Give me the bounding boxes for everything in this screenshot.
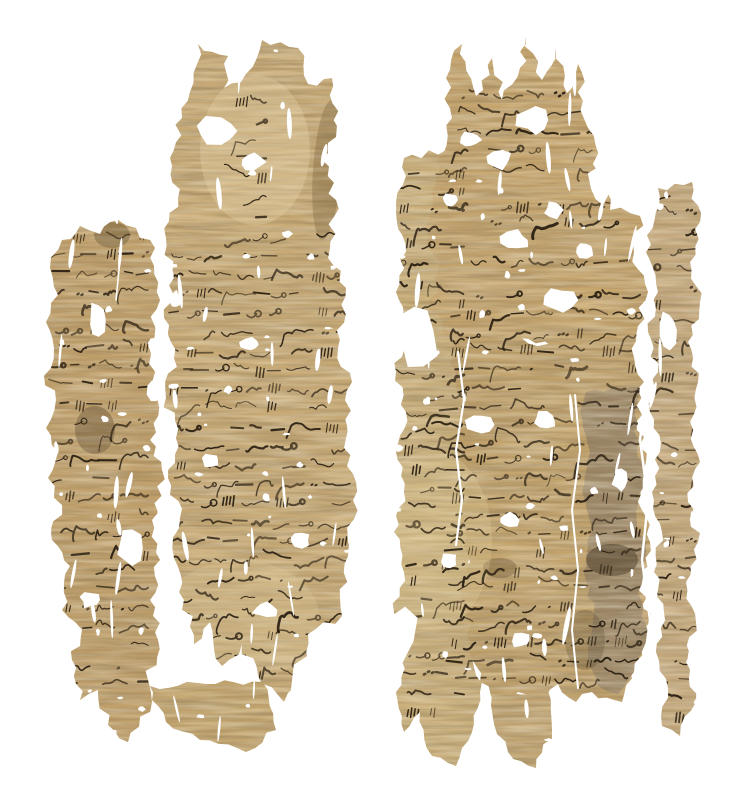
hole: [355, 468, 389, 535]
stain: [348, 228, 392, 332]
texture-layer: [0, 0, 741, 800]
stain: [160, 560, 320, 680]
hole: [441, 554, 456, 569]
stain: [372, 450, 492, 630]
texture-tex-light: [0, 0, 741, 800]
papyrus-photo: [0, 0, 741, 800]
papyrus-svg: [0, 0, 741, 800]
stain: [75, 406, 115, 454]
hole: [347, 410, 369, 444]
hole: [202, 454, 218, 467]
crack: [336, 100, 342, 200]
